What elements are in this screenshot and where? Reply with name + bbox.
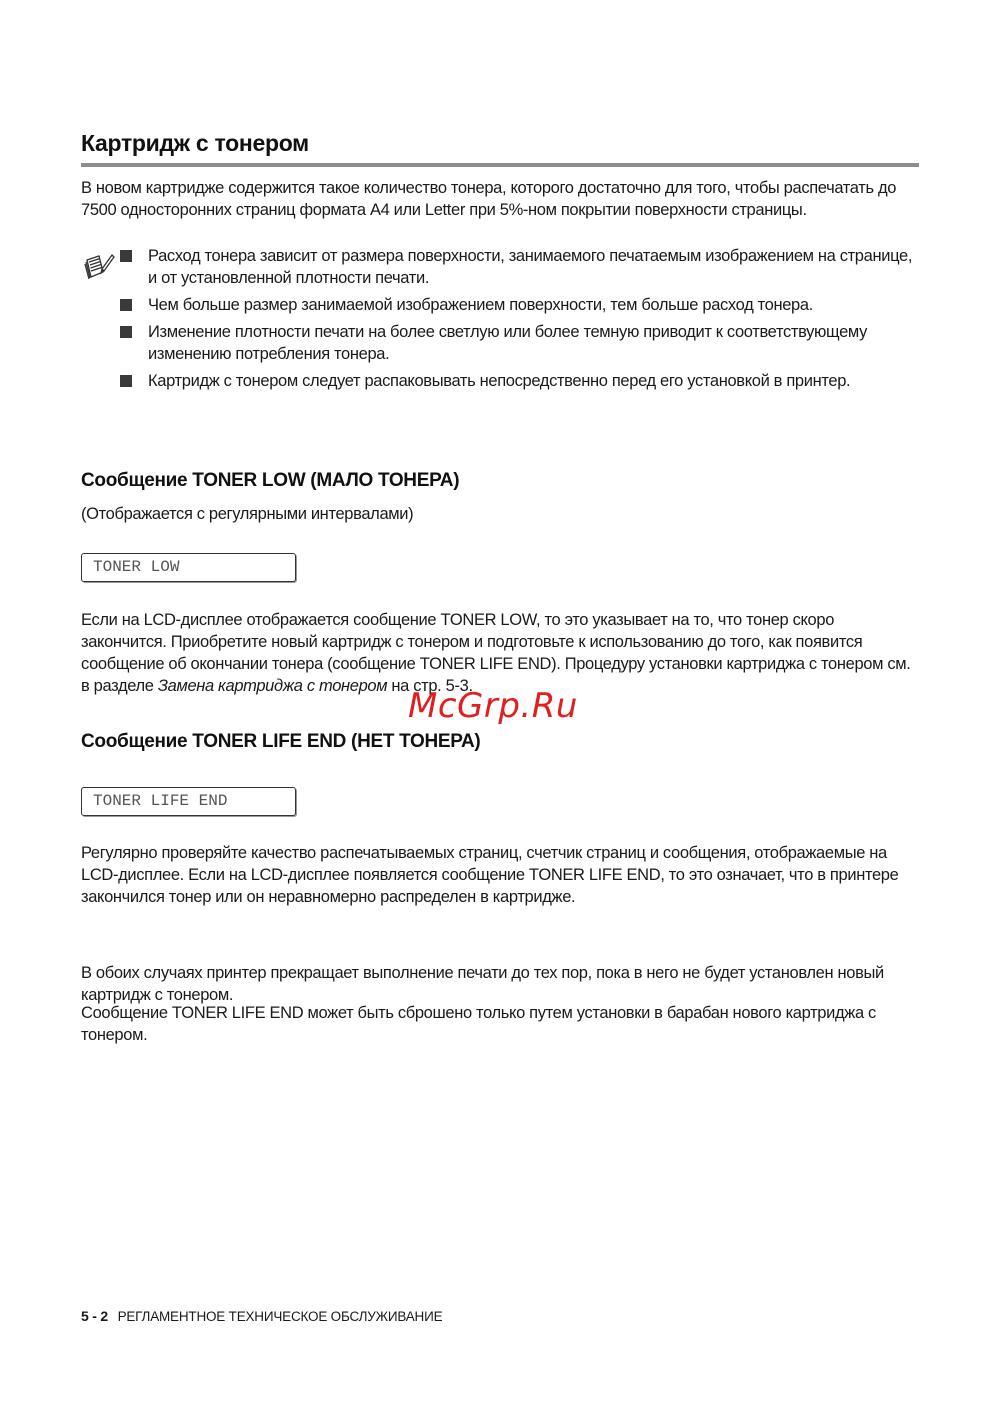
note-item: Изменение плотности печати на более свет… (119, 321, 919, 365)
note-item: Чем больше размер занимаемой изображение… (119, 294, 919, 316)
watermark: McGrp.Ru (408, 686, 578, 726)
toner-life-end-note-1: В обоих случаях принтер прекращает выпол… (81, 962, 919, 1006)
intro-paragraph: В новом картридже содержится такое колич… (81, 177, 919, 221)
note-item: Картридж с тонером следует распаковывать… (119, 370, 919, 392)
bullet-square-icon (120, 299, 132, 311)
toner-low-paragraph: Если на LCD-дисплее отображается сообщен… (81, 609, 919, 697)
note-pencil-icon (83, 250, 115, 282)
bullet-square-icon (120, 250, 132, 262)
page-footer: 5 - 2 РЕГЛАМЕНТНОЕ ТЕХНИЧЕСКОЕ ОБСЛУЖИВА… (81, 1308, 442, 1324)
toner-low-heading: Сообщение TONER LOW (МАЛО ТОНЕРА) (81, 470, 459, 492)
bullet-square-icon (120, 375, 132, 387)
lcd-display-toner-life-end: TONER LIFE END (81, 787, 296, 816)
toner-life-end-heading: Сообщение TONER LIFE END (НЕТ ТОНЕРА) (81, 731, 480, 753)
cross-reference-link[interactable]: Замена картриджа с тонером (158, 677, 387, 695)
toner-life-end-note-2: Сообщение TONER LIFE END может быть сбро… (81, 1002, 919, 1046)
notes-list: Расход тонера зависит от размера поверхн… (119, 245, 919, 397)
chapter-title: РЕГЛАМЕНТНОЕ ТЕХНИЧЕСКОЕ ОБСЛУЖИВАНИЕ (118, 1309, 443, 1324)
note-item: Расход тонера зависит от размера поверхн… (119, 245, 919, 289)
bullet-square-icon (120, 326, 132, 338)
page-number: 5 - 2 (81, 1308, 108, 1324)
section-title: Картридж с тонером (81, 130, 309, 157)
title-rule (81, 163, 919, 167)
lcd-display-toner-low: TONER LOW (81, 553, 296, 582)
toner-life-end-paragraph: Регулярно проверяйте качество распечатыв… (81, 842, 919, 908)
toner-low-subtitle: (Отображается с регулярными интервалами) (81, 503, 919, 525)
